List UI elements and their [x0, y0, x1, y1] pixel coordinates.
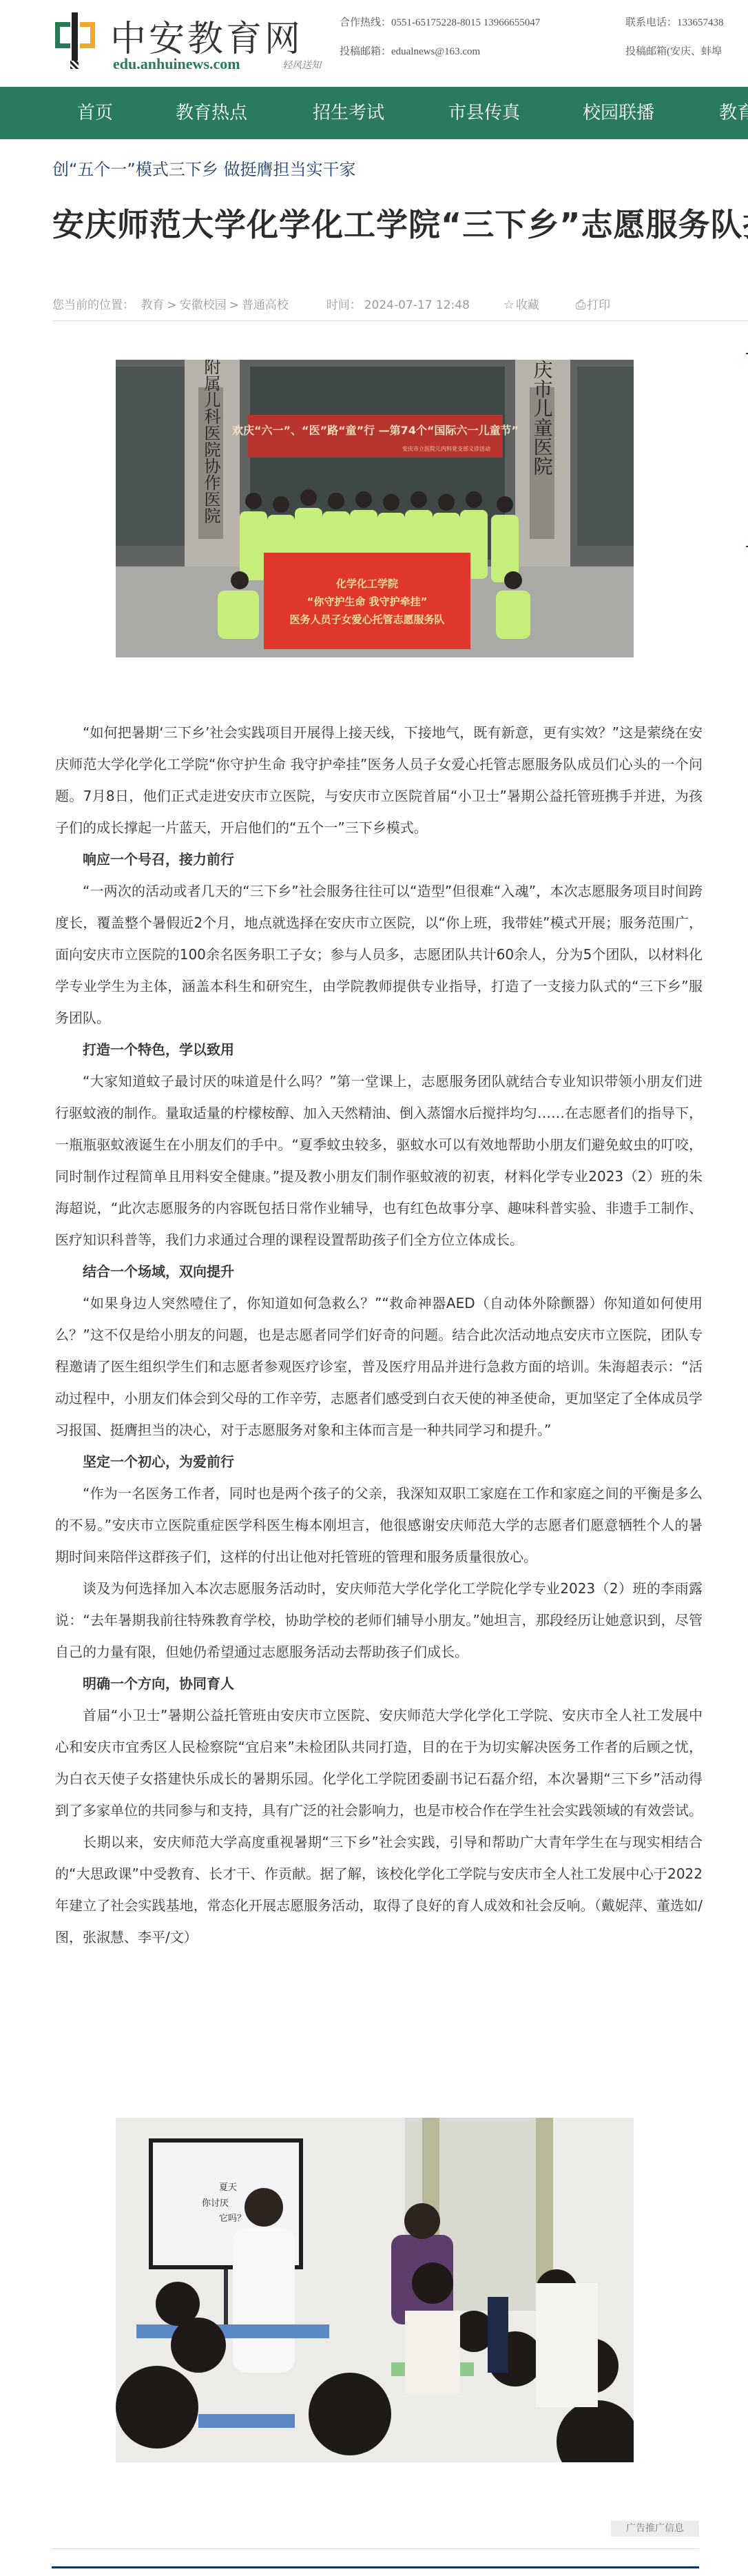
contact-left: 合作热线：0551-65175228-8015 13966655047 投稿邮箱…: [340, 8, 540, 66]
site-header: 中安教育网 edu.anhuinews.com 轻风送知 合作热线：0551-6…: [0, 0, 748, 86]
location-label: 您当前的位置：: [52, 298, 134, 312]
logo-mark-icon: [55, 12, 101, 69]
logo-signature: 轻风送知: [282, 58, 321, 72]
footer-accent-bar: [52, 2566, 699, 2568]
svg-text:它吗？: 它吗？: [219, 2214, 246, 2224]
breadcrumb-item[interactable]: 教育: [141, 298, 164, 312]
svg-text:欢庆“六一”、“医”路“童”行 —第74个“国际六一儿童节”: 欢庆“六一”、“医”路“童”行 —第74个“国际六一儿童节”: [232, 424, 519, 437]
svg-text:医务人员子女爱心托管志愿服务队: 医务人员子女爱心托管志愿服务队: [289, 613, 444, 626]
star-icon: ☆: [503, 298, 515, 312]
logo-name: 中安教育网: [110, 10, 303, 61]
article-meta: 您当前的位置： 教育>安徽校园>普通高校 时间：2024-07-17 12:48…: [52, 295, 616, 312]
nav-item-edu-more[interactable]: 教育: [719, 87, 748, 139]
main-nav: 首页 教育热点 招生考试 市县传真 校园联播 教育: [0, 87, 748, 139]
favorite-button[interactable]: ☆收藏: [503, 298, 542, 312]
paragraph: “如何把暑期‘三下乡’社会实践项目开展得上接天线，下接地气，既有新意，更有实效？…: [55, 717, 703, 844]
contact-phone: 联系电话：133657438: [625, 8, 724, 37]
site-logo[interactable]: 中安教育网 edu.anhuinews.com 轻风送知: [55, 10, 331, 72]
paragraph: “作为一名医务工作者，同时也是两个孩子的父亲，我深知双职工家庭在工作和家庭之间的…: [55, 1478, 703, 1573]
section-heading: 坚定一个初心，为爱前行: [55, 1446, 703, 1478]
paragraph: “如果身边人突然噎住了，你知道如何急救么？”“救命神器AED（自动体外除颤器）你…: [55, 1287, 703, 1446]
section-heading: 打造一个特色，学以致用: [55, 1034, 703, 1065]
article-photo-volunteers: 复旦大学附属儿科医院协作医院 安庆市儿童医院 欢庆“六一”、“医”路“童”行 —…: [116, 360, 634, 657]
hotline-value: 0551-65175228-8015 13966655047: [391, 17, 540, 28]
hotline: 合作热线：0551-65175228-8015 13966655047: [340, 8, 540, 37]
breadcrumb-separator: >: [167, 298, 176, 312]
nav-item-home[interactable]: 首页: [77, 87, 113, 139]
svg-text:化学化工学院: 化学化工学院: [335, 577, 398, 590]
section-heading: 结合一个场域，双向提升: [55, 1256, 703, 1287]
svg-text:复旦大学附属儿科医院协作医院: 复旦大学附属儿科医院协作医院: [201, 360, 220, 524]
breadcrumb-separator: >: [229, 298, 239, 312]
submission-email: 投稿邮箱：edualnews@163.com: [340, 37, 540, 66]
logo-url: edu.anhuinews.com: [113, 55, 240, 73]
nav-item-edu-hotspot[interactable]: 教育热点: [176, 87, 247, 139]
article-body: “如何把暑期‘三下乡’社会实践项目开展得上接天线，下接地气，既有新意，更有实效？…: [55, 717, 703, 1953]
photo-classroom-image: 夏天 你讨厌 它吗？: [116, 2118, 634, 2462]
article-subtitle: 创“五个一”模式三下乡 做挺膺担当实干家: [52, 156, 356, 180]
nav-item-city-county[interactable]: 市县传真: [448, 87, 520, 139]
print-button[interactable]: ⎙打印: [576, 298, 613, 312]
ad-label: 广告推广信息: [611, 2521, 699, 2537]
paragraph: 谈及为何选择加入本次志愿服务活动时，安庆师范大学化学化工学院化学专业2023（2…: [55, 1573, 703, 1668]
breadcrumb-item[interactable]: 安徽校园: [180, 298, 227, 312]
time-label: 时间：: [326, 298, 362, 312]
svg-text:安庆市立医院儿内科党支部义诊活动: 安庆市立医院儿内科党支部义诊活动: [402, 445, 490, 452]
article-title: 安庆师范大学化学化工学院“三下乡”志愿服务队携: [52, 200, 748, 245]
regional-email: 投稿邮箱(安庆、蚌埠: [625, 37, 724, 66]
paragraph: “一两次的活动或者几天的“三下乡”社会服务往往可以“造型”但很难“入魂”，本次志…: [55, 875, 703, 1034]
nav-item-admissions[interactable]: 招生考试: [313, 87, 384, 139]
footer-divider: [52, 2548, 699, 2549]
paragraph: 长期以来，安庆师范大学高度重视暑期“三下乡”社会实践，引导和帮助广大青年学生在与…: [55, 1826, 703, 1953]
paragraph: “大家知道蚊子最讨厌的味道是什么吗？”第一堂课上，志愿服务团队就结合专业知识带领…: [55, 1065, 703, 1256]
svg-text:你讨厌: 你讨厌: [202, 2198, 229, 2209]
article-photo-classroom: 夏天 你讨厌 它吗？: [116, 2118, 634, 2462]
svg-text:安庆市儿童医院: 安庆市儿童医院: [531, 360, 554, 476]
email-value[interactable]: edualnews@163.com: [391, 46, 480, 57]
nav-item-campus[interactable]: 校园联播: [583, 87, 654, 139]
meta-divider: [52, 320, 748, 321]
printer-icon: ⎙: [576, 298, 585, 312]
svg-text:夏天: 夏天: [219, 2183, 237, 2193]
svg-text:“你守护生命 我守护牵挂”: “你守护生命 我守护牵挂”: [307, 595, 428, 608]
publish-time: 2024-07-17 12:48: [364, 298, 470, 312]
photo-volunteers-image: 复旦大学附属儿科医院协作医院 安庆市儿童医院 欢庆“六一”、“医”路“童”行 —…: [116, 360, 634, 657]
section-heading: 响应一个号召，接力前行: [55, 844, 703, 875]
paragraph: 首届“小卫士”暑期公益托管班由安庆市立医院、安庆师范大学化学化工学院、安庆市全人…: [55, 1699, 703, 1826]
breadcrumb-item[interactable]: 普通高校: [242, 298, 289, 312]
contact-right: 联系电话：133657438 投稿邮箱(安庆、蚌埠: [625, 8, 724, 66]
section-heading: 明确一个方向，协同育人: [55, 1668, 703, 1699]
